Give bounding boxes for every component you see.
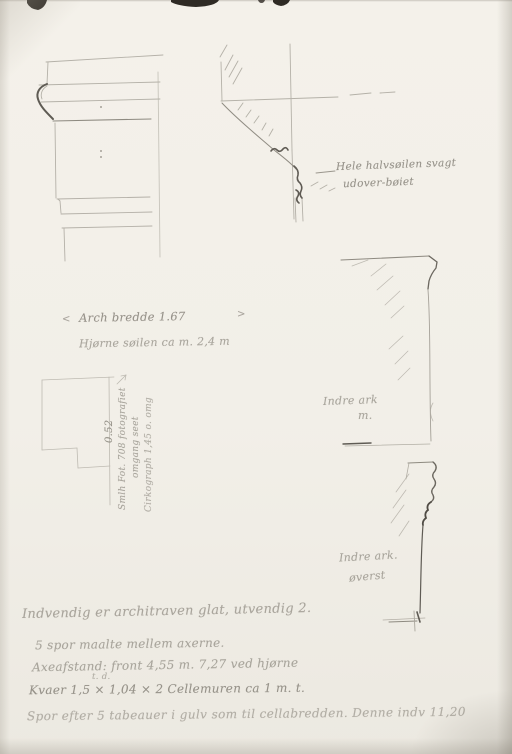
leader-line [316, 171, 335, 173]
width-arrow-left: < [62, 314, 71, 325]
inner-arch-mid-label2: m. [358, 409, 373, 422]
torn-paper-edge [0, 0, 512, 10]
entablature-front-sketch [37, 55, 163, 261]
vertical-label-1: Smlh Fot. 708 fotografiet [118, 387, 128, 510]
inner-arch-mid-label: Indre ark [323, 393, 378, 408]
note-line-4-superscript: t. d. [92, 672, 110, 682]
corner-column-note: Hjørne søilen ca m. 2,4 m [79, 335, 230, 351]
vertical-label-2: omgang seet [131, 416, 141, 478]
note-line-2: 5 spor maalte mellem axerne. [35, 636, 225, 653]
curve-note-line2: udover-bøiet [343, 176, 414, 190]
vertical-measure: 0.52 [104, 420, 115, 443]
vertical-label-3: Cirkograph 1,45 o. omg [144, 397, 154, 512]
inner-arch-mid-sketch [341, 256, 437, 441]
width-arrow-right: > [237, 309, 246, 320]
cornice-profile-sketch [343, 443, 436, 622]
corner-plan-sketch [220, 44, 395, 222]
note-line-4: Kvaer 1,5 × 1,04 × 2 Cellemuren ca 1 m. … [29, 681, 305, 697]
bowed-wall-curve [222, 103, 296, 169]
sketchbook-page: < Arch bredde 1.67 > Hjørne søilen ca m.… [0, 0, 512, 754]
corner-mark-sketch [389, 611, 417, 631]
width-note: Arch bredde 1.67 [79, 309, 186, 325]
